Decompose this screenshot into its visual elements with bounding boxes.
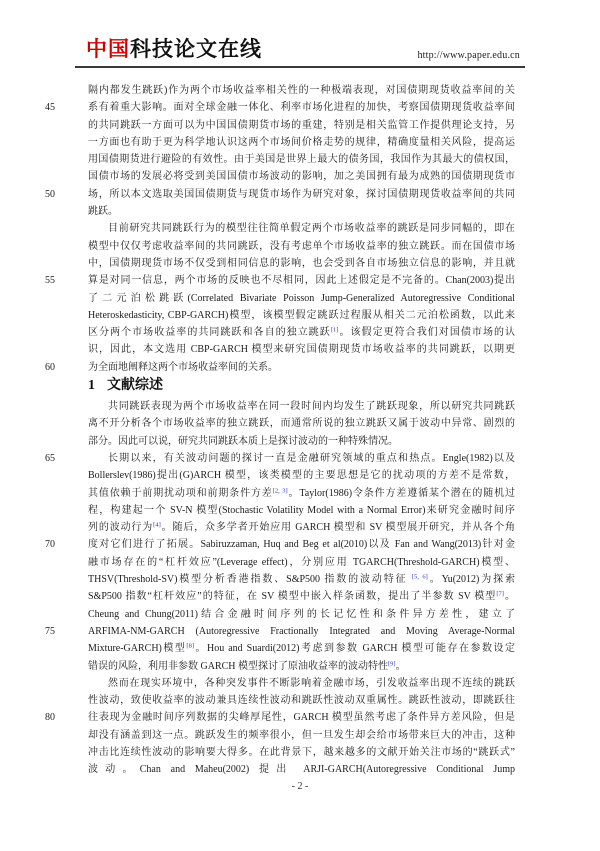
line-text: 模型中仅仅考虑收益率间的共同跳跃，没有考虑单个市场收益率的独立跳跃。而在国债市场 — [88, 238, 515, 255]
line-text: 识，因此，本文选用 CBP-GARCH 模型来研究国债期现货市场收益率的共同跳跃… — [88, 341, 515, 358]
line-text: 程，构建起一个 SV-N 模型(Stochastic Volatility Mo… — [88, 502, 515, 519]
line-text: Cheung and Chung(2011)结合金融时间序列的长记忆性和条件异方… — [88, 606, 515, 623]
line-text: 却没有涵盖到这一点。跳跃发生的频率很小，但一旦发生却会给市场带来巨大的冲击，这种 — [88, 727, 515, 744]
text-line: 70度对它们进行了拓展。Sabiruzzaman, Huq and Beg et… — [30, 536, 530, 553]
site-logo: 中国科技论文在线 — [86, 38, 262, 62]
line-number: 50 — [30, 186, 88, 203]
line-text: 的共同跳跃一方面可以为中国国债期货市场的重建，特别是相关监管工作提供理论支持，另 — [88, 117, 515, 134]
text-line: 45系有着重大影响。面对全球金融一体化、利率市场化进程的加快，考察国债期现货收益… — [30, 99, 530, 116]
line-number — [30, 82, 88, 99]
lines-container: 隔内都发生跳跃)作为两个市场收益率相关性的一种极端表现，对国债期现货收益率间的关… — [30, 82, 530, 779]
line-number — [30, 134, 88, 151]
document-body: 隔内都发生跳跃)作为两个市场收益率相关性的一种极端表现，对国债期现货收益率间的关… — [30, 82, 530, 779]
line-text: 然而在现实环境中，各种突发事件不断影响着金融市场，引发收益率出现不连续的跳跃 — [88, 675, 515, 692]
line-text: 区分两个市场收益率的共同跳跃和各自的独立跳跃[1]。该假定更符合我们对国债市场的… — [88, 324, 515, 341]
line-number — [30, 168, 88, 185]
reference-superscript[interactable]: [4] — [153, 522, 161, 529]
line-number: 75 — [30, 623, 88, 640]
line-text: 错误的风险，利用非参数 GARCH 模型探讨了原油收益率的波动特性[9]。 — [88, 658, 515, 675]
text-line: 国债市场的发展必将受到美国国债市场波动的影响，加之美国拥有最为成熟的国债期现货市 — [30, 168, 530, 185]
line-number — [30, 467, 88, 484]
line-text: Heteroskedasticity, CBP-GARCH)模型，该模型假定跳跃… — [88, 307, 515, 324]
line-text: 目前研究共同跳跃行为的模型往往简单假定两个市场收益率的跳跃是同步同幅的，即在 — [88, 220, 515, 237]
page-number: - 2 - — [292, 781, 309, 792]
line-text: 长期以来，有关波动问题的探讨一直是金融研究领域的重点和热点。Engle(1982… — [88, 450, 515, 467]
text-line: S&P500 指数“杠杆效应”的特征，在 SV 模型中嵌入样条函数，提出了半参数… — [30, 588, 530, 605]
line-text: 跳跃。 — [88, 203, 515, 220]
line-number — [30, 255, 88, 272]
text-line: 错误的风险，利用非参数 GARCH 模型探讨了原油收益率的波动特性[9]。 — [30, 658, 530, 675]
text-line: 其值依赖于前期扰动项和前期条件方差[2, 3]。Taylor(1986)令条件方… — [30, 485, 530, 502]
line-number — [30, 485, 88, 502]
text-line: 用国债期货进行避险的有效性。由于美国是世界上最大的债务国，我国作为其最大的债权国… — [30, 151, 530, 168]
line-text: Mixture-GARCH)模型[8]。Hou and Suardi(2012)… — [88, 640, 515, 657]
line-number — [30, 117, 88, 134]
line-text: 用国债期货进行避险的有效性。由于美国是世界上最大的债务国，我国作为其最大的债权国… — [88, 151, 515, 168]
heading-number: 1 — [88, 378, 95, 393]
text-line: 性波动，致使收益率的波动兼具连续性波动和跳跃性波动双重属性。跳跃性波动，即跳跃往 — [30, 692, 530, 709]
text-line: 却没有涵盖到这一点。跳跃发生的频率很小，但一旦发生却会给市场带来巨大的冲击，这种 — [30, 727, 530, 744]
line-number: 45 — [30, 99, 88, 116]
text-line: 冲击比连续性波动的影响要大得多。在此背景下，越来越多的文献开始关注市场的“跳跃式… — [30, 744, 530, 761]
page-footer: - 2 - — [0, 781, 600, 792]
text-line: 融市场存在的“杠杆效应”(Leverage effect)，分别应用 TGARC… — [30, 554, 530, 571]
text-line: Mixture-GARCH)模型[8]。Hou and Suardi(2012)… — [30, 640, 530, 657]
line-number: 55 — [30, 272, 88, 289]
text-line: 75ARFIMA-NM-GARCH (Autoregressive Fracti… — [30, 623, 530, 640]
line-number — [30, 238, 88, 255]
line-number — [30, 744, 88, 761]
text-line: 程，构建起一个 SV-N 模型(Stochastic Volatility Mo… — [30, 502, 530, 519]
line-text: S&P500 指数“杠杆效应”的特征，在 SV 模型中嵌入样条函数，提出了半参数… — [88, 588, 515, 605]
line-text: 共同跳跃表现为两个市场收益率在同一段时间内均发生了跳跃现象，所以研究共同跳跃 — [88, 398, 515, 415]
line-text: THSV(Threshold-SV)模型分析香港指数、S&P500 指数的波动特… — [88, 571, 515, 588]
text-line: 部分。因此可以说，研究共同跳跃本质上是探讨波动的一种特殊情况。 — [30, 433, 530, 450]
reference-superscript[interactable]: [8] — [186, 643, 194, 650]
line-text: ARFIMA-NM-GARCH (Autoregressive Fraction… — [88, 623, 515, 640]
line-number: 80 — [30, 709, 88, 726]
reference-superscript[interactable]: [7] — [496, 591, 504, 598]
text-line: 区分两个市场收益率的共同跳跃和各自的独立跳跃[1]。该假定更符合我们对国债市场的… — [30, 324, 530, 341]
line-number — [30, 640, 88, 657]
text-line: THSV(Threshold-SV)模型分析香港指数、S&P500 指数的波动特… — [30, 571, 530, 588]
text-line: 识，因此，本文选用 CBP-GARCH 模型来研究国债期现货市场收益率的共同跳跃… — [30, 341, 530, 358]
text-line: 隔内都发生跳跃)作为两个市场收益率相关性的一种极端表现，对国债期现货收益率间的关 — [30, 82, 530, 99]
text-line: 波动。Chan and Maheu(2002) 提出 ARJI-GARCH(Au… — [30, 761, 530, 778]
reference-superscript[interactable]: [9] — [388, 660, 396, 667]
line-text: 部分。因此可以说，研究共同跳跃本质上是探讨波动的一种特殊情况。 — [88, 433, 515, 450]
text-line: 跳跃。 — [30, 203, 530, 220]
section-heading: 1文献综述 — [88, 376, 163, 396]
line-number — [30, 307, 88, 324]
text-line: 共同跳跃表现为两个市场收益率在同一段时间内均发生了跳跃现象，所以研究共同跳跃 — [30, 398, 530, 415]
line-text: 融市场存在的“杠杆效应”(Leverage effect)，分别应用 TGARC… — [88, 554, 515, 571]
line-number — [30, 727, 88, 744]
text-line: Bollerslev(1986)提出(G)ARCH 模型，该类模型的主要思想是它… — [30, 467, 530, 484]
text-line: 65长期以来，有关波动问题的探讨一直是金融研究领域的重点和热点。Engle(19… — [30, 450, 530, 467]
text-line: Heteroskedasticity, CBP-GARCH)模型，该模型假定跳跃… — [30, 307, 530, 324]
reference-superscript[interactable]: [1] — [331, 327, 339, 334]
text-line: 一方面也有助于更为科学地认识这两个市场间价格走势的规律，精确度量相关风险，提高运 — [30, 134, 530, 151]
line-number — [30, 502, 88, 519]
line-text: 冲击比连续性波动的影响要大得多。在此背景下，越来越多的文献开始关注市场的“跳跃式… — [88, 744, 515, 761]
text-line: 的共同跳跃一方面可以为中国国债期货市场的重建，特别是相关监管工作提供理论支持，另 — [30, 117, 530, 134]
text-line: 中，国债期现货市场不仅受到相同信息的影响，也会受到各自市场独立信息的影响，并且就 — [30, 255, 530, 272]
line-text: 场，所以本文选取美国国债期货与现货市场作为研究对象，探讨国债期现货收益率间的共同 — [88, 186, 515, 203]
line-text: 一方面也有助于更为科学地认识这两个市场间价格走势的规律，精确度量相关风险，提高运 — [88, 134, 515, 151]
line-text: 国债市场的发展必将受到美国国债市场波动的影响，加之美国拥有最为成熟的国债期现货市 — [88, 168, 515, 185]
line-text: 离不开分析各个市场收益率的独立跳跃，而通常所说的独立跳跃又属于波动中异常、剧烈的 — [88, 415, 515, 432]
line-number — [30, 151, 88, 168]
paper-page: 中国科技论文在线 http://www.paper.edu.cn 隔内都发生跳跃… — [0, 0, 600, 851]
line-number — [30, 519, 88, 536]
text-line: 60为全面地阐释这两个市场收益率间的关系。 — [30, 359, 530, 376]
line-number — [30, 341, 88, 358]
line-text: 为全面地阐释这两个市场收益率间的关系。 — [88, 359, 515, 376]
line-text: 中，国债期现货市场不仅受到相同信息的影响，也会受到各自市场独立信息的影响，并且就 — [88, 255, 515, 272]
logo-text-red: 中国 — [86, 38, 130, 61]
line-text: 系有着重大影响。面对全球金融一体化、利率市场化进程的加快，考察国债期现货收益率间 — [88, 99, 515, 116]
line-number — [30, 290, 88, 307]
line-number — [30, 415, 88, 432]
reference-superscript[interactable]: [2, 3] — [273, 487, 288, 494]
line-number — [30, 203, 88, 220]
text-line: 列的波动行为[4]。随后，众多学者开始应用 GARCH 模型和 SV 模型展开研… — [30, 519, 530, 536]
text-line: 目前研究共同跳跃行为的模型往往简单假定两个市场收益率的跳跃是同步同幅的，即在 — [30, 220, 530, 237]
line-number — [30, 220, 88, 237]
text-line: 离不开分析各个市场收益率的独立跳跃，而通常所说的独立跳跃又属于波动中异常、剧烈的 — [30, 415, 530, 432]
text-line: 80往表现为金融时间序列数据的尖峰厚尾性，GARCH 模型虽然考虑了条件异方差风… — [30, 709, 530, 726]
line-text: 隔内都发生跳跃)作为两个市场收益率相关性的一种极端表现，对国债期现货收益率间的关 — [88, 82, 515, 99]
line-number: 60 — [30, 359, 88, 376]
line-number: 70 — [30, 536, 88, 553]
line-text: 算是对同一信息，两个市场的反映也不尽相同，因此上述假定是不完备的。Chan(20… — [88, 272, 515, 289]
line-number — [30, 324, 88, 341]
site-url-link[interactable]: http://www.paper.edu.cn — [417, 50, 520, 61]
text-line: 50场，所以本文选取美国国债期货与现货市场作为研究对象，探讨国债期现货收益率间的… — [30, 186, 530, 203]
line-number — [30, 761, 88, 778]
line-number — [30, 433, 88, 450]
line-number — [30, 658, 88, 675]
text-line: 了二元泊松跳跃(Correlated Bivariate Poisson Jum… — [30, 290, 530, 307]
text-line: 55算是对同一信息，两个市场的反映也不尽相同，因此上述假定是不完备的。Chan(… — [30, 272, 530, 289]
line-number: 65 — [30, 450, 88, 467]
line-text: 了二元泊松跳跃(Correlated Bivariate Poisson Jum… — [88, 290, 515, 307]
reference-superscript[interactable]: [5, 6] — [412, 574, 428, 581]
line-text: 性波动，致使收益率的波动兼具连续性波动和跳跃性波动双重属性。跳跃性波动，即跳跃往 — [88, 692, 515, 709]
line-number — [30, 588, 88, 605]
line-number — [30, 606, 88, 623]
line-number — [30, 571, 88, 588]
line-text: 其值依赖于前期扰动项和前期条件方差[2, 3]。Taylor(1986)令条件方… — [88, 485, 515, 502]
line-number — [30, 692, 88, 709]
line-number-cell — [30, 376, 88, 396]
text-line: Cheung and Chung(2011)结合金融时间序列的长记忆性和条件异方… — [30, 606, 530, 623]
text-line: 然而在现实环境中，各种突发事件不断影响着金融市场，引发收益率出现不连续的跳跃 — [30, 675, 530, 692]
line-text: 往表现为金融时间序列数据的尖峰厚尾性，GARCH 模型虽然考虑了条件异方差风险，… — [88, 709, 515, 726]
text-line: 模型中仅仅考虑收益率间的共同跳跃，没有考虑单个市场收益率的独立跳跃。而在国债市场 — [30, 238, 530, 255]
header-rule — [75, 66, 525, 68]
line-text: 波动。Chan and Maheu(2002) 提出 ARJI-GARCH(Au… — [88, 761, 515, 778]
heading-title: 文献综述 — [107, 378, 163, 393]
line-number — [30, 675, 88, 692]
line-text: Bollerslev(1986)提出(G)ARCH 模型，该类模型的主要思想是它… — [88, 467, 515, 484]
logo-text-black: 科技论文在线 — [130, 38, 262, 61]
line-text: 度对它们进行了拓展。Sabiruzzaman, Huq and Beg et a… — [88, 536, 515, 553]
section-heading-row: 1文献综述 — [30, 376, 530, 396]
line-number — [30, 398, 88, 415]
line-number — [30, 554, 88, 571]
page-header: 中国科技论文在线 http://www.paper.edu.cn — [0, 0, 600, 70]
line-text: 列的波动行为[4]。随后，众多学者开始应用 GARCH 模型和 SV 模型展开研… — [88, 519, 515, 536]
